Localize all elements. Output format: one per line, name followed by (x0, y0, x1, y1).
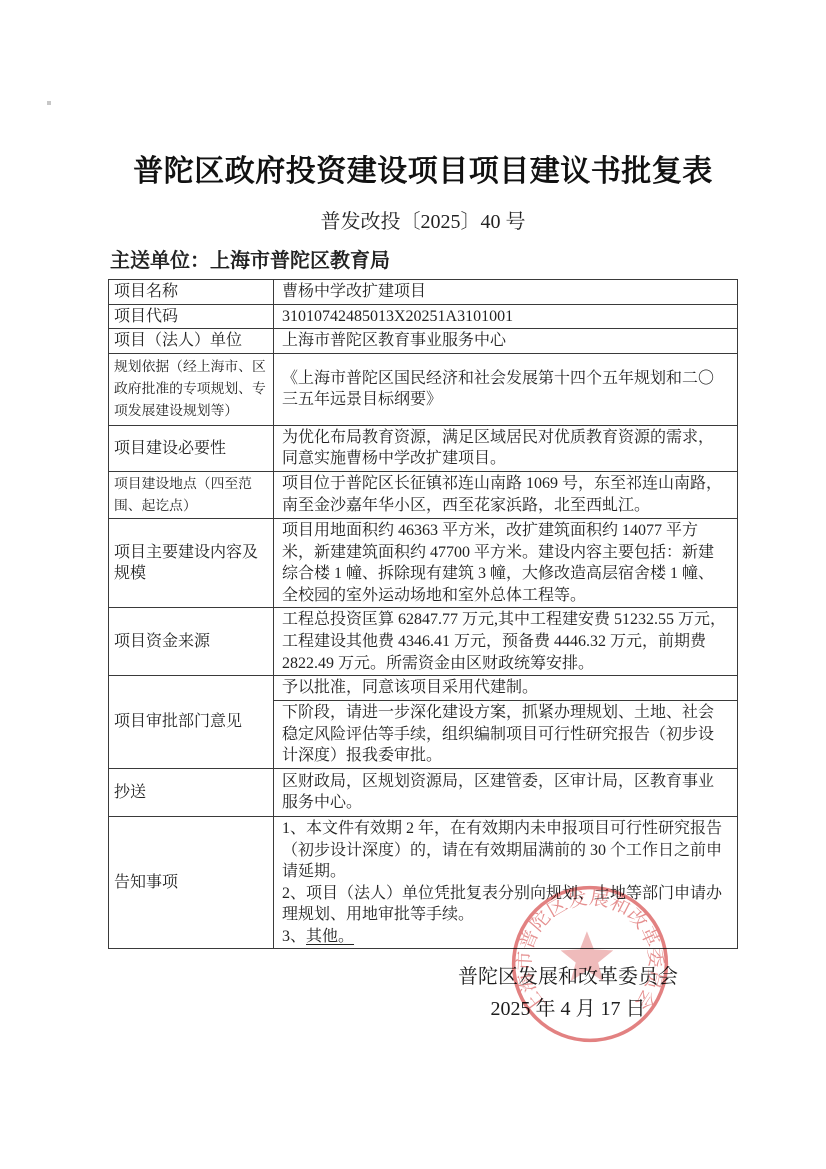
row-value: 曹杨中学改扩建项目 (274, 280, 738, 305)
table-row-planning-basis: 规划依据（经上海市、区政府批准的专项规划、专项发展建设规划等） 《上海市普陀区国… (109, 353, 738, 425)
row-label: 项目建设必要性 (109, 425, 274, 471)
table-row-project-code: 项目代码 31010742485013X20251A3101001 (109, 304, 738, 329)
scan-artifact-dot (47, 101, 51, 105)
notice-item-3-underlined: 其他。 (306, 928, 354, 945)
row-value: 上海市普陀区教育事业服务中心 (274, 329, 738, 354)
document-page: 普陀区政府投资建设项目项目建议书批复表 普发改投〔2025〕40 号 主送单位：… (108, 0, 738, 1025)
issue-date: 2025 年 4 月 17 日 (438, 993, 698, 1025)
signature-block: 普陀区发展和改革委员会 2025 年 4 月 17 日 (438, 961, 698, 1025)
row-label: 项目建设地点（四至范围、起讫点） (109, 471, 274, 518)
row-value: 31010742485013X20251A3101001 (274, 304, 738, 329)
row-label: 项目（法人）单位 (109, 329, 274, 354)
issuing-authority: 普陀区发展和改革委员会 (438, 961, 698, 993)
row-label: 项目审批部门意见 (109, 676, 274, 769)
table-row-legal-entity: 项目（法人）单位 上海市普陀区教育事业服务中心 (109, 329, 738, 354)
row-label: 项目名称 (109, 280, 274, 305)
table-row-notices: 告知事项 1、本文件有效期 2 年，在有效期内未申报项目可行性研究报告（初步设计… (109, 816, 738, 949)
row-label: 告知事项 (109, 816, 274, 949)
document-number: 普发改投〔2025〕40 号 (108, 208, 738, 236)
row-value: 区财政局，区规划资源局，区建管委，区审计局，区教育事业服务中心。 (274, 768, 738, 816)
row-label: 规划依据（经上海市、区政府批准的专项规划、专项发展建设规划等） (109, 353, 274, 425)
row-value: 《上海市普陀区国民经济和社会发展第十四个五年规划和二〇三五年远景目标纲要》 (274, 353, 738, 425)
table-row-copy-to: 抄送 区财政局，区规划资源局，区建管委，区审计局，区教育事业服务中心。 (109, 768, 738, 816)
recipient-label: 主送单位： (110, 250, 210, 272)
recipient-value: 上海市普陀区教育局 (210, 250, 390, 272)
row-value: 为优化布局教育资源，满足区域居民对优质教育资源的需求，同意实施曹杨中学改扩建项目… (274, 425, 738, 471)
recipient-line: 主送单位：上海市普陀区教育局 (110, 248, 738, 275)
table-row-approval-decision: 项目审批部门意见 予以批准，同意该项目采用代建制。 (109, 676, 738, 701)
table-row-necessity: 项目建设必要性 为优化布局教育资源，满足区域居民对优质教育资源的需求，同意实施曹… (109, 425, 738, 471)
document-title: 普陀区政府投资建设项目项目建议书批复表 (108, 154, 738, 190)
row-label: 项目主要建设内容及规模 (109, 518, 274, 607)
table-row-project-name: 项目名称 曹杨中学改扩建项目 (109, 280, 738, 305)
row-label: 项目代码 (109, 304, 274, 329)
notice-item-3: 3、其他。 (282, 926, 727, 948)
notice-item-2: 2、项目（法人）单位凭批复表分别向规划、土地等部门申请办理规划、用地审批等手续。 (282, 883, 727, 926)
row-label: 抄送 (109, 768, 274, 816)
row-value: 项目用地面积约 46363 平方米，改扩建筑面积约 14077 平方米，新建建筑… (274, 518, 738, 607)
row-value: 项目位于普陀区长征镇祁连山南路 1069 号，东至祁连山南路，南至金沙嘉年华小区… (274, 471, 738, 518)
notice-item-1: 1、本文件有效期 2 年，在有效期内未申报项目可行性研究报告（初步设计深度）的，… (282, 818, 727, 883)
table-row-scope: 项目主要建设内容及规模 项目用地面积约 46363 平方米，改扩建筑面积约 14… (109, 518, 738, 607)
table-row-location: 项目建设地点（四至范围、起讫点） 项目位于普陀区长征镇祁连山南路 1069 号，… (109, 471, 738, 518)
row-label: 项目资金来源 (109, 608, 274, 676)
approval-form-table: 项目名称 曹杨中学改扩建项目 项目代码 31010742485013X20251… (108, 279, 738, 949)
row-value: 工程总投资匡算 62847.77 万元,其中工程建安费 51232.55 万元，… (274, 608, 738, 676)
notices-value: 1、本文件有效期 2 年，在有效期内未申报项目可行性研究报告（初步设计深度）的，… (274, 816, 738, 949)
approval-decision: 予以批准，同意该项目采用代建制。 (274, 676, 738, 701)
approval-next-steps: 下阶段，请进一步深化建设方案，抓紧办理规划、土地、社会稳定风险评估等手续，组织编… (274, 701, 738, 769)
table-row-funding: 项目资金来源 工程总投资匡算 62847.77 万元,其中工程建安费 51232… (109, 608, 738, 676)
